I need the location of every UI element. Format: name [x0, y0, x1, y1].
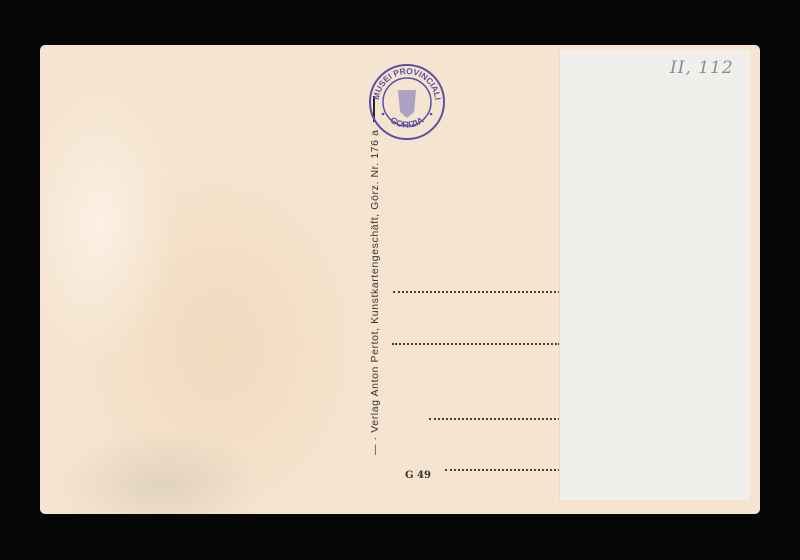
- address-line: [392, 343, 560, 345]
- postcard-back: MUSEI PROVINCIALI GORIZIA — · Verlag Ant…: [40, 45, 760, 514]
- archive-slip: II, 112: [560, 50, 750, 500]
- address-line: [445, 469, 560, 471]
- address-line: [393, 291, 560, 293]
- coat-of-arms-icon: [398, 90, 416, 118]
- inventory-note: II, 112: [670, 58, 734, 78]
- address-line: [429, 418, 560, 420]
- card-code: G 49: [405, 470, 431, 481]
- publisher-imprint: — · Verlag Anton Pertot, Kunstkartengesc…: [369, 129, 381, 455]
